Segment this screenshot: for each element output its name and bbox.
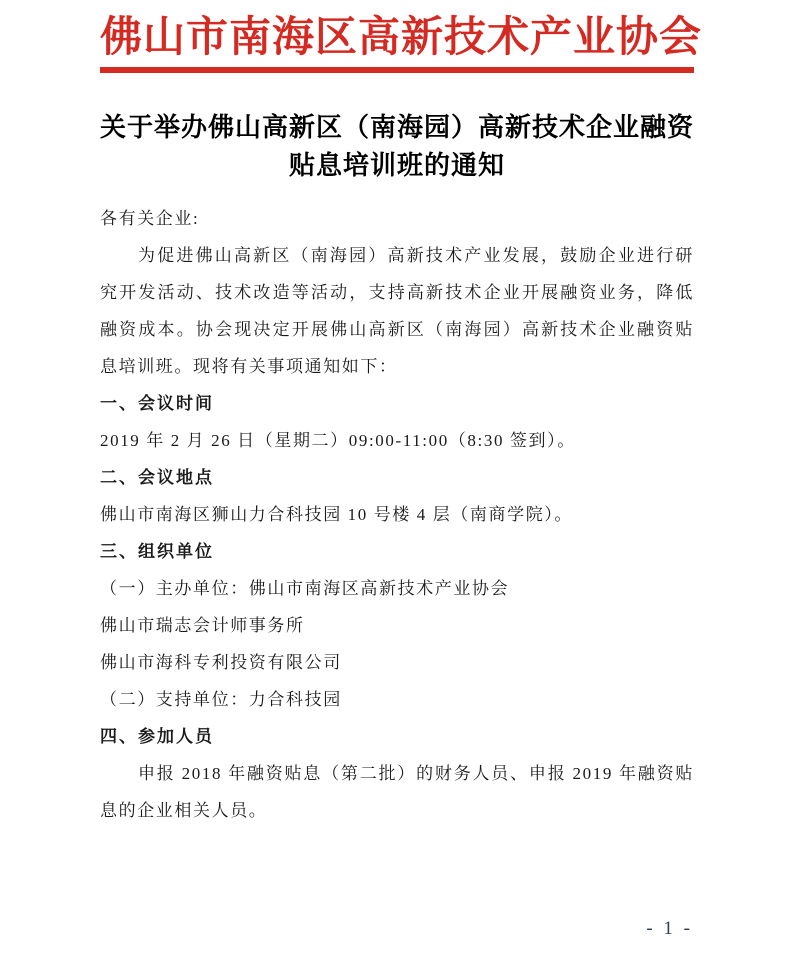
participants-paragraph: 申报 2018 年融资贴息（第二批）的财务人员、申报 2019 年融资贴息的企业… [100,755,694,829]
letterhead-divider [100,67,694,73]
document-body: 各有关企业: 为促进佛山高新区（南海园）高新技术产业发展，鼓励企业进行研究开发活… [100,200,694,829]
document-page: 佛山市南海区高新技术产业协会 关于举办佛山高新区（南海园）高新技术企业融资 贴息… [0,0,793,956]
organizer-host-extra-1: 佛山市瑞志会计师事务所 [100,607,694,644]
organizer-host-line: （一）主办单位：佛山市南海区高新技术产业协会 [100,570,694,607]
organizer-support-line: （二）支持单位：力合科技园 [100,681,694,718]
organizer-host-extra-2: 佛山市海科专利投资有限公司 [100,644,694,681]
document-title-line-1: 关于举办佛山高新区（南海园）高新技术企业融资 [100,113,694,142]
document-title-line-2: 贴息培训班的通知 [289,151,505,180]
document-title: 关于举办佛山高新区（南海园）高新技术企业融资 贴息培训班的通知 [100,109,694,185]
section-heading-organizers: 三、组织单位 [100,533,694,570]
salutation: 各有关企业: [100,200,694,237]
page-number: - 1 - [646,918,693,940]
intro-paragraph: 为促进佛山高新区（南海园）高新技术产业发展，鼓励企业进行研究开发活动、技术改造等… [100,237,694,385]
meeting-time-value: 2019 年 2 月 26 日（星期二）09:00-11:00（8:30 签到）… [100,422,694,459]
section-heading-meeting-time: 一、会议时间 [100,385,694,422]
meeting-place-value: 佛山市南海区狮山力合科技园 10 号楼 4 层（南商学院）。 [100,496,694,533]
letterhead: 佛山市南海区高新技术产业协会 [100,14,694,73]
letterhead-org-name: 佛山市南海区高新技术产业协会 [100,14,694,62]
section-heading-participants: 四、参加人员 [100,718,694,755]
section-heading-meeting-place: 二、会议地点 [100,459,694,496]
